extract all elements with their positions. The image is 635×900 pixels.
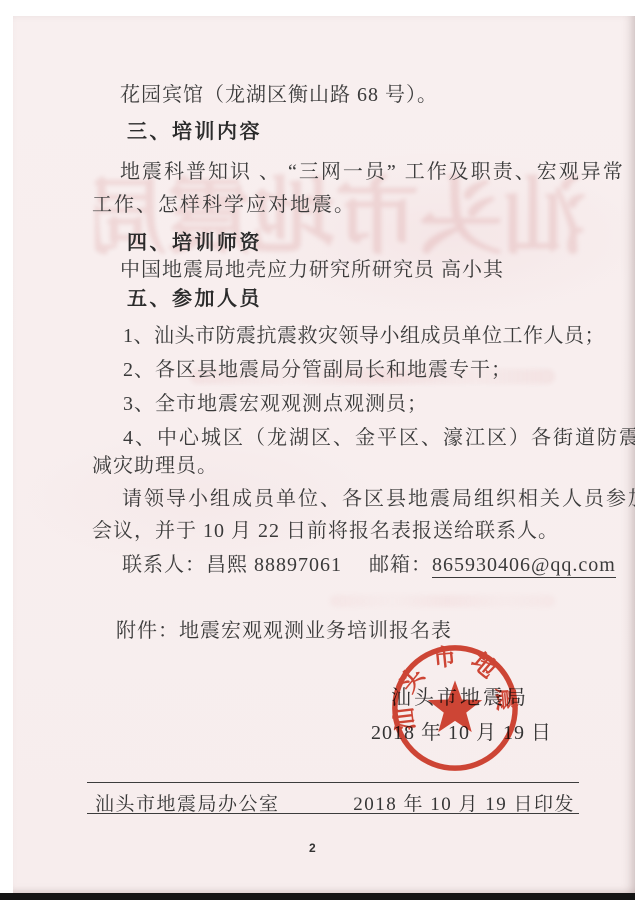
contact-line: 联系人：昌熙 88897061 邮箱：865930406@qq.com [122,548,616,577]
closing-line-2: 会议，并于 10 月 22 日前将报名表报送给联系人。 [92,514,559,543]
content-line-1: 地震科普知识 、 “三网一员” 工作及职责、宏观异常 [120,155,625,184]
official-seal: 汕头市地震局 [386,640,524,778]
section-heading-teachers: 四、培训师资 [127,226,262,255]
participant-item-2: 2、各区县地震局分管副局长和地震专干； [123,353,512,382]
bleedthrough-smudge [330,595,555,607]
footer-print-date: 2018 年 10 月 19 日印发 [353,789,575,816]
page-number: 2 [309,841,316,855]
teachers-line: 中国地震局地壳应力研究所研究员 高小其 [120,253,504,282]
participant-item-1: 1、汕头市防震抗震救灾领导小组成员单位工作人员； [123,319,605,348]
content-line-2: 工作、怎样科学应对地震。 [92,188,356,217]
participant-item-4-continued: 减灾助理员。 [92,449,218,478]
footer-rule-bottom [87,813,579,814]
section-heading-participants: 五、参加人员 [127,282,262,311]
venue-line: 花园宾馆（龙湖区衡山路 68 号）。 [120,78,438,107]
scan-edge-artifact [0,893,635,900]
section-heading-content: 三、培训内容 [127,115,262,144]
contact-email: 865930406@qq.com [432,554,616,578]
contact-prefix: 联系人：昌熙 88897061 邮箱： [122,554,432,576]
attachment-line: 附件：地震宏观观测业务培训报名表 [116,614,452,643]
footer-rule-top [87,782,579,783]
participant-item-4: 4、中心城区（龙湖区、金平区、濠江区）各街道防震 [123,421,635,450]
closing-line-1: 请领导小组成员单位、各区县地震局组织相关人员参加 [122,482,635,511]
participant-item-3: 3、全市地震宏观观测点观测员； [123,387,428,416]
scanned-document-page: { "doc": { "venue_line": "花园宾馆（龙湖区衡山路 68… [0,0,635,900]
seal-star-icon [428,680,482,732]
footer-office: 汕头市地震局办公室 [95,789,280,816]
